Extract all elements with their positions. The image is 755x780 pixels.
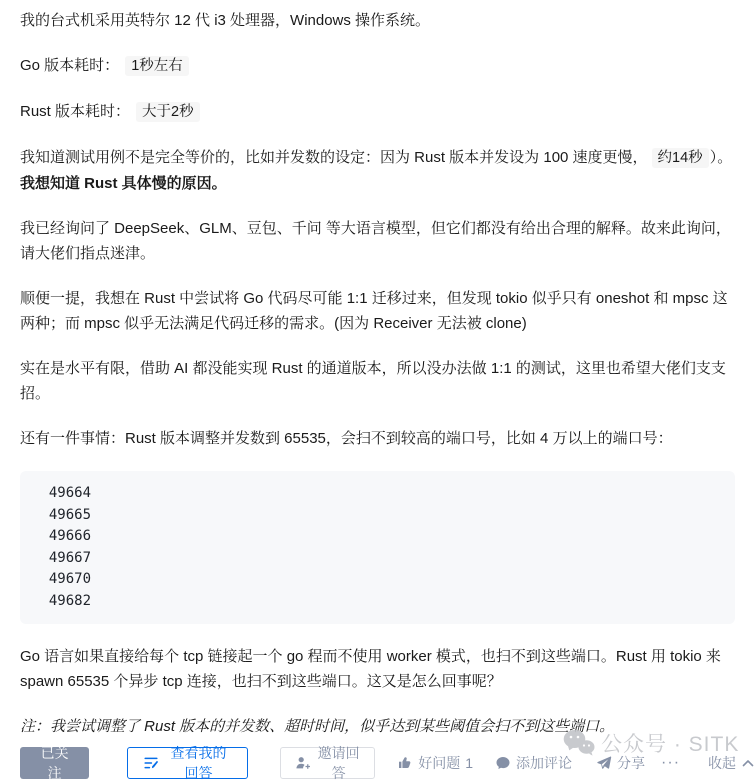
answer-pen-icon — [143, 755, 159, 771]
share-label: 分享 — [617, 753, 645, 773]
paragraph-bold-text: 我想知道 Rust 具体慢的原因。 — [20, 175, 227, 192]
share-button[interactable]: 分享 — [596, 753, 645, 773]
paragraph-text: 我的台式机采用英特尔 12 代 i3 处理器，Windows 操作系统。 — [20, 12, 430, 29]
paragraph-text: 实在是水平有限，借助 AI 都没能实现 Rust 的通道版本，所以没办法做 1:… — [20, 360, 726, 402]
paragraph-text: 还有一件事情：Rust 版本调整并发数到 65535，会扫不到较高的端口号，比如… — [20, 430, 673, 447]
paragraph-text: 我知道测试用例不是完全等价的，比如并发数的设定：因为 Rust 版本并发设为 1… — [20, 149, 648, 166]
followed-button[interactable]: 已关注 — [20, 747, 89, 779]
paragraph-rust-time: Rust 版本耗时：大于2秒 — [20, 99, 735, 125]
more-button[interactable]: ··· — [661, 754, 680, 772]
paragraph-text: 顺便一提，我想在 Rust 中尝试将 Go 代码尽可能 1:1 迁移过来，但发现… — [20, 290, 728, 332]
view-my-answer-label: 查看我的回答 — [165, 743, 232, 780]
invite-answer-label: 邀请回答 — [317, 743, 360, 780]
inline-code-go-time: 1秒左右 — [125, 56, 189, 76]
inline-code-14s: 约14秒 — [652, 148, 709, 168]
paragraph-text: Go 版本耗时： — [20, 57, 119, 74]
paragraph-text: 我已经询问了 DeepSeek、GLM、豆包、千问 等大语言模型，但它们都没有给… — [20, 220, 731, 262]
share-plane-icon — [596, 755, 612, 771]
paragraph-port-issue: 还有一件事情：Rust 版本调整并发数到 65535，会扫不到较高的端口号，比如… — [20, 426, 735, 451]
paragraph-note: 注：我尝试调整了 Rust 版本的并发数、超时时间，似乎达到某些阈值会扫不到这些… — [20, 714, 735, 739]
inline-code-rust-time: 大于2秒 — [136, 102, 200, 122]
paragraph-text: Rust 版本耗时： — [20, 103, 130, 120]
code-block-ports: 49664 49665 49666 49667 49670 49682 — [20, 471, 735, 624]
paragraph-text: ）。 — [710, 149, 733, 166]
paragraph-go-time: Go 版本耗时：1秒左右 — [20, 53, 735, 79]
question-detail-page: 我的台式机采用英特尔 12 代 i3 处理器，Windows 操作系统。 Go … — [0, 0, 755, 780]
paragraph-test-equivalence: 我知道测试用例不是完全等价的，比如并发数的设定：因为 Rust 版本并发设为 1… — [20, 145, 735, 196]
paragraph-go-worker: Go 语言如果直接给每个 tcp 链接起一个 go 程而不使用 worker 模… — [20, 644, 735, 694]
paragraph-system-info: 我的台式机采用英特尔 12 代 i3 处理器，Windows 操作系统。 — [20, 8, 735, 33]
good-question-label: 好问题 — [418, 753, 460, 773]
collapse-button[interactable]: 收起 — [708, 753, 755, 773]
collapse-label: 收起 — [708, 753, 736, 773]
add-comment-button[interactable]: 添加评论 — [495, 753, 572, 773]
add-comment-label: 添加评论 — [516, 753, 572, 773]
paragraph-tokio-migration: 顺便一提，我想在 Rust 中尝试将 Go 代码尽可能 1:1 迁移过来，但发现… — [20, 286, 735, 336]
good-question-count: 1 — [465, 755, 473, 771]
note-text: 注：我尝试调整了 Rust 版本的并发数、超时时间，似乎达到某些阈值会扫不到这些… — [20, 718, 614, 735]
comment-bubble-icon — [495, 755, 511, 771]
chevron-up-icon — [741, 756, 755, 770]
paragraph-skill-limit: 实在是水平有限，借助 AI 都没能实现 Rust 的通道版本，所以没办法做 1:… — [20, 356, 735, 406]
invite-answer-button[interactable]: 邀请回答 — [280, 747, 375, 779]
question-body: 我的台式机采用英特尔 12 代 i3 处理器，Windows 操作系统。 Go … — [0, 0, 755, 739]
good-question-button[interactable]: 好问题 1 — [397, 753, 473, 773]
code-block-text: 49664 49665 49666 49667 49670 49682 — [32, 485, 91, 609]
action-toolbar: 已关注 查看我的回答 邀请回答 好问题 1 添加评论 — [0, 745, 755, 780]
paragraph-text: Go 语言如果直接给每个 tcp 链接起一个 go 程而不使用 worker 模… — [20, 648, 721, 690]
person-plus-icon — [295, 755, 311, 771]
thumb-up-icon — [397, 755, 413, 771]
view-my-answer-button[interactable]: 查看我的回答 — [127, 747, 248, 779]
paragraph-llm-asked: 我已经询问了 DeepSeek、GLM、豆包、千问 等大语言模型，但它们都没有给… — [20, 216, 735, 266]
